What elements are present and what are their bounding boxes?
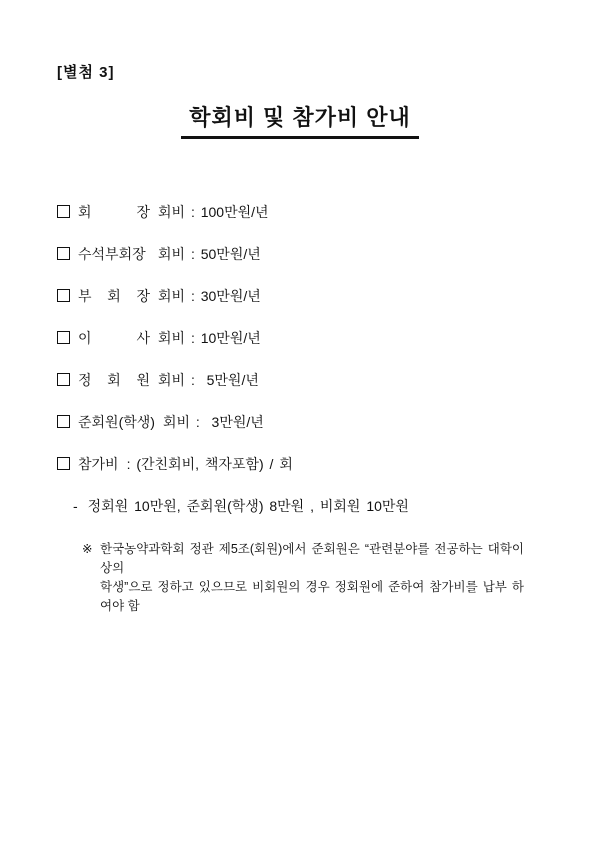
checkbox-icon bbox=[57, 247, 70, 260]
page-title: 학회비 및 참가비 안내 bbox=[181, 101, 419, 139]
fee-role-label: 참가비 bbox=[78, 454, 119, 474]
footnote-text: 한국농약과학회 정관 제5조(회원)에서 준회원은 “관련분야를 전공하는 대학… bbox=[100, 540, 524, 616]
participation-fee-amounts: 정회원 10만원, 준회원(학생) 8만원 , 비회원 10만원 bbox=[88, 496, 409, 516]
fee-role-label: 이 사 bbox=[78, 328, 150, 348]
checkbox-icon bbox=[57, 415, 70, 428]
fee-amount-text: 회비 : 3만원/년 bbox=[163, 412, 264, 432]
checkbox-icon bbox=[57, 289, 70, 302]
fee-amount-text: : (간친회비, 책자포함) / 회 bbox=[127, 454, 293, 474]
fee-item-vice-president: 부 회 장 회비 : 30만원/년 bbox=[57, 288, 564, 303]
fee-item-associate-member: 준회원(학생) 회비 : 3만원/년 bbox=[57, 414, 564, 429]
fee-role-label: 수석부회장 bbox=[78, 244, 150, 264]
fee-role-label: 준회원(학생) bbox=[78, 412, 155, 432]
fee-role-label: 회 장 bbox=[78, 202, 150, 222]
participation-fee-detail: - 정회원 10만원, 준회원(학생) 8만원 , 비회원 10만원 bbox=[73, 498, 564, 513]
dash-marker: - bbox=[73, 498, 78, 514]
fee-list: 회 장 회비 : 100만원/년 수석부회장 회비 : 50만원/년 부 회 장… bbox=[57, 204, 564, 616]
footnote-line: 한국농약과학회 정관 제5조(회원)에서 준회원은 “관련분야를 전공하는 대학… bbox=[100, 540, 524, 578]
fee-amount-text: 회비 : 10만원/년 bbox=[158, 328, 261, 348]
fee-amount-text: 회비 : 50만원/년 bbox=[158, 244, 261, 264]
fee-item-president: 회 장 회비 : 100만원/년 bbox=[57, 204, 564, 219]
fee-item-regular-member: 정 회 원 회비 : 5만원/년 bbox=[57, 372, 564, 387]
title-section: 학회비 및 참가비 안내 bbox=[0, 101, 600, 139]
attachment-label: [별첨 3] bbox=[57, 61, 114, 82]
checkbox-icon bbox=[57, 373, 70, 386]
fee-item-participation-fee: 참가비 : (간친회비, 책자포함) / 회 bbox=[57, 456, 564, 471]
fee-item-director: 이 사 회비 : 10만원/년 bbox=[57, 330, 564, 345]
document-page: [별첨 3] 학회비 및 참가비 안내 회 장 회비 : 100만원/년 수석부… bbox=[0, 0, 600, 848]
fee-role-label: 부 회 장 bbox=[78, 286, 150, 306]
fee-amount-text: 회비 : 100만원/년 bbox=[158, 202, 269, 222]
fee-amount-text: 회비 : 5만원/년 bbox=[158, 370, 259, 390]
reference-mark-icon: ※ bbox=[82, 540, 100, 616]
fee-amount-text: 회비 : 30만원/년 bbox=[158, 286, 261, 306]
footnote: ※ 한국농약과학회 정관 제5조(회원)에서 준회원은 “관련분야를 전공하는 … bbox=[57, 540, 564, 616]
checkbox-icon bbox=[57, 331, 70, 344]
fee-role-label: 정 회 원 bbox=[78, 370, 150, 390]
footnote-line: 학생”으로 정하고 있으므로 비회원의 경우 정회원에 준하여 참가비를 납부 … bbox=[100, 578, 524, 597]
footnote-line: 여야 함 bbox=[100, 597, 524, 616]
checkbox-icon bbox=[57, 205, 70, 218]
fee-item-senior-vice-president: 수석부회장 회비 : 50만원/년 bbox=[57, 246, 564, 261]
checkbox-icon bbox=[57, 457, 70, 470]
